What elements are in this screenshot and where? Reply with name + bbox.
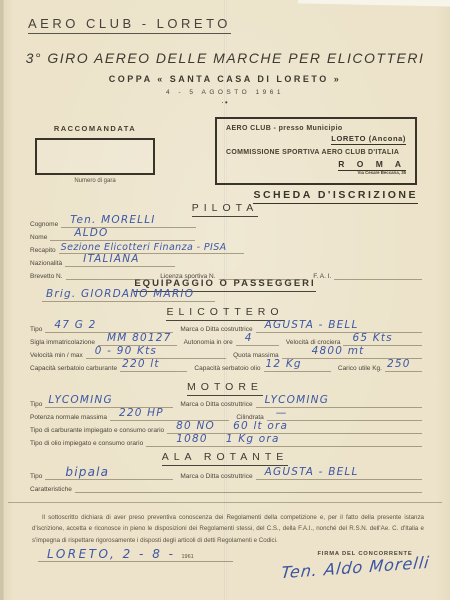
section-heading-elicottero: ELICOTTERO xyxy=(0,306,450,318)
eli-autonomia-handwritten: 4 xyxy=(236,334,253,344)
mot-carburante-handwritten: 80 NO 60 lt ora xyxy=(167,422,288,432)
section-heading-ala-rotante: ALA ROTANTE xyxy=(0,451,450,463)
eli-carburante-handwritten: 220 lt xyxy=(120,360,160,370)
declaration-text: Il sottoscritto dichiara di aver preso p… xyxy=(32,512,424,546)
address-roma: R O M A xyxy=(226,159,406,169)
ala-rotante-fields: Tipo bipala Marca o Ditta costruttrice A… xyxy=(30,465,422,493)
race-number-box xyxy=(35,138,155,175)
eli-crociera-handwritten: 65 Kts xyxy=(343,334,392,344)
address-line1: AERO CLUB - presso Municipio xyxy=(226,125,406,132)
address-line2: COMMISSIONE SPORTIVA AERO CLUB D'ITALIA xyxy=(226,149,406,156)
field-equipaggio: Brig. GIORDANO MARIO xyxy=(42,289,215,302)
place-date-line: LORETO, 2 - 8 - 1961 xyxy=(38,545,233,562)
place-date-handwritten: LORETO, 2 - 8 - xyxy=(38,549,175,560)
event-dates: 4 - 5 AGOSTO 1961 xyxy=(0,89,450,96)
field-eli-carburante-olio-carico: Capacità serbatoio carburante 220 lt Cap… xyxy=(30,359,422,372)
scan-edge-artifact xyxy=(298,0,450,7)
mot-tipo-handwritten: LYCOMING xyxy=(45,396,112,406)
address-box: AERO CLUB - presso Municipio LORETO (Anc… xyxy=(215,117,417,185)
event-title: 3° GIRO AEREO DELLE MARCHE PER ELICOTTER… xyxy=(0,50,450,66)
scanned-registration-form: AERO CLUB - LORETO 3° GIRO AEREO DELLE M… xyxy=(0,0,450,600)
club-name: AERO CLUB - LORETO xyxy=(28,16,231,34)
event-subtitle: COPPA « SANTA CASA DI LORETO » xyxy=(0,74,450,84)
mot-marca-handwritten: LYCOMING xyxy=(256,396,329,406)
pilota-fields: Cognome Ten. MORELLI Nome ALDO Recapito … xyxy=(30,215,422,280)
mot-potenza-handwritten: 220 HP xyxy=(110,409,164,419)
field-mot-olio: Tipo di olio impiegato e consumo orario … xyxy=(30,434,422,447)
mot-cilindrata-handwritten: — xyxy=(267,409,288,419)
motore-fields: Tipo LYCOMING Marca o Ditta costruttrice… xyxy=(30,395,422,447)
eli-tipo-handwritten: 47 G 2 xyxy=(45,321,96,331)
recapito-handwritten: Sezione Elicotteri Finanza - PISA xyxy=(59,243,227,252)
eli-olio-handwritten: 12 Kg xyxy=(264,360,302,370)
eli-marca-handwritten: AGUSTA - BELL xyxy=(256,321,359,331)
eli-carico-handwritten: 250 xyxy=(385,360,411,370)
field-caratteristiche: Caratteristiche xyxy=(30,480,422,493)
elicottero-fields: Tipo 47 G 2 Marca o Ditta costruttrice A… xyxy=(30,320,422,372)
address-street: Via Cesare Beccaria, 35 xyxy=(276,171,406,175)
nome-handwritten: ALDO xyxy=(50,229,108,239)
nazionalita-handwritten: ITALIANA xyxy=(65,255,140,265)
eli-sigla-handwritten: MM 80127 xyxy=(98,334,171,344)
ala-marca-handwritten: AGUSTA - BELL xyxy=(256,468,359,478)
raccomandata-label: RACCOMANDATA xyxy=(35,124,155,133)
year-printed: 1961 xyxy=(181,554,193,560)
section-heading-motore: MOTORE xyxy=(0,381,450,393)
field-eli-velminmax-quota: Velocità min / max 0 - 90 Kts Quota mass… xyxy=(30,346,422,359)
cognome-handwritten: Ten. MORELLI xyxy=(61,216,155,226)
ala-tipo-handwritten: bipala xyxy=(45,467,109,478)
ornament-dots: ·• xyxy=(0,98,450,107)
eli-velminmax-handwritten: 0 - 90 Kts xyxy=(86,347,157,357)
field-ala-tipo-marca: Tipo bipala Marca o Ditta costruttrice A… xyxy=(30,465,422,480)
equipaggio-fields: Brig. GIORDANO MARIO xyxy=(42,289,215,302)
footer-divider xyxy=(8,502,442,503)
raccomandata-block: RACCOMANDATA Numero di gara xyxy=(35,124,155,184)
section-heading-pilota: PILOTA xyxy=(0,202,450,214)
race-number-caption: Numero di gara xyxy=(35,178,155,184)
address-loreto: LORETO (Ancona) xyxy=(226,134,406,143)
mot-olio-handwritten: 1080 1 Kg ora xyxy=(146,435,279,445)
eli-quota-handwritten: 4800 mt xyxy=(282,347,365,357)
equipaggio-handwritten: Brig. GIORDANO MARIO xyxy=(42,290,194,300)
